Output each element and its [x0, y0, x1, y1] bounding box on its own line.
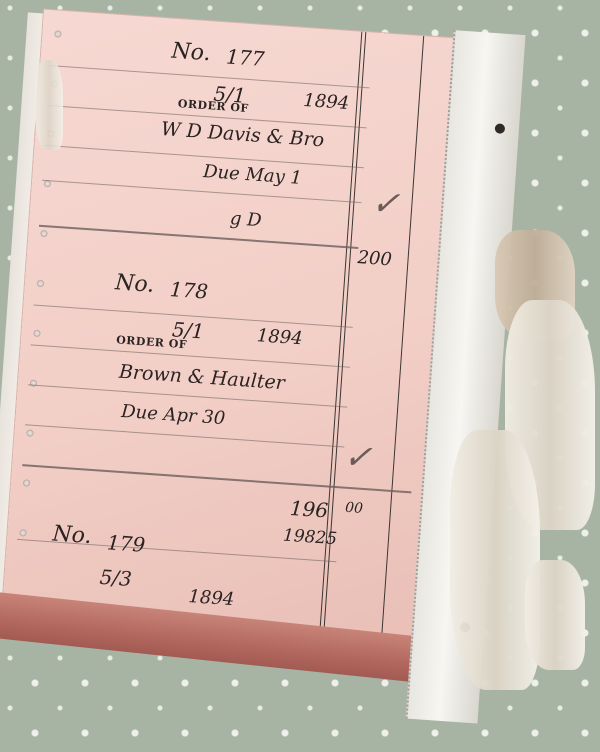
- amount: 200: [357, 247, 393, 270]
- spine-hole: [495, 123, 506, 134]
- binding-hole: [54, 30, 61, 37]
- entry-date: 5/3: [99, 565, 133, 591]
- ledger-book: No. 177 5/1 1894 ORDER OF W D Davis & Br…: [0, 7, 493, 719]
- running-total: 19825: [282, 525, 337, 549]
- binding-hole: [37, 280, 44, 287]
- binding-hole: [23, 479, 30, 486]
- entry-number: 177: [225, 44, 265, 71]
- amount-cents: 00: [345, 500, 364, 517]
- entry-number-label: No.: [171, 39, 212, 67]
- binding-hole: [40, 230, 47, 237]
- binding-hole: [26, 429, 33, 436]
- payee: Brown & Haulter: [118, 361, 285, 395]
- ribbon-tie: [525, 560, 585, 670]
- ledger-page: No. 177 5/1 1894 ORDER OF W D Davis & Br…: [2, 10, 483, 639]
- entry-year: 1894: [188, 586, 235, 610]
- due-date: Due May 1: [202, 161, 302, 189]
- entry-number-label: No.: [52, 521, 93, 549]
- ribbon-tie: [450, 430, 540, 690]
- entry-number: 179: [106, 530, 146, 557]
- entry-number-label: No.: [114, 270, 155, 298]
- binding-hole: [19, 529, 26, 536]
- checkmark: ✓: [342, 437, 373, 479]
- entry-year: 1894: [303, 90, 350, 114]
- checkmark: ✓: [370, 183, 401, 225]
- binding-hole: [33, 330, 40, 337]
- amount: 196: [289, 496, 329, 523]
- entry-year: 1894: [256, 325, 303, 349]
- due-date: Due Apr 30: [121, 401, 226, 429]
- entry-number: 178: [169, 277, 209, 304]
- initials: g D: [229, 208, 262, 231]
- ribbon-tie: [35, 60, 63, 150]
